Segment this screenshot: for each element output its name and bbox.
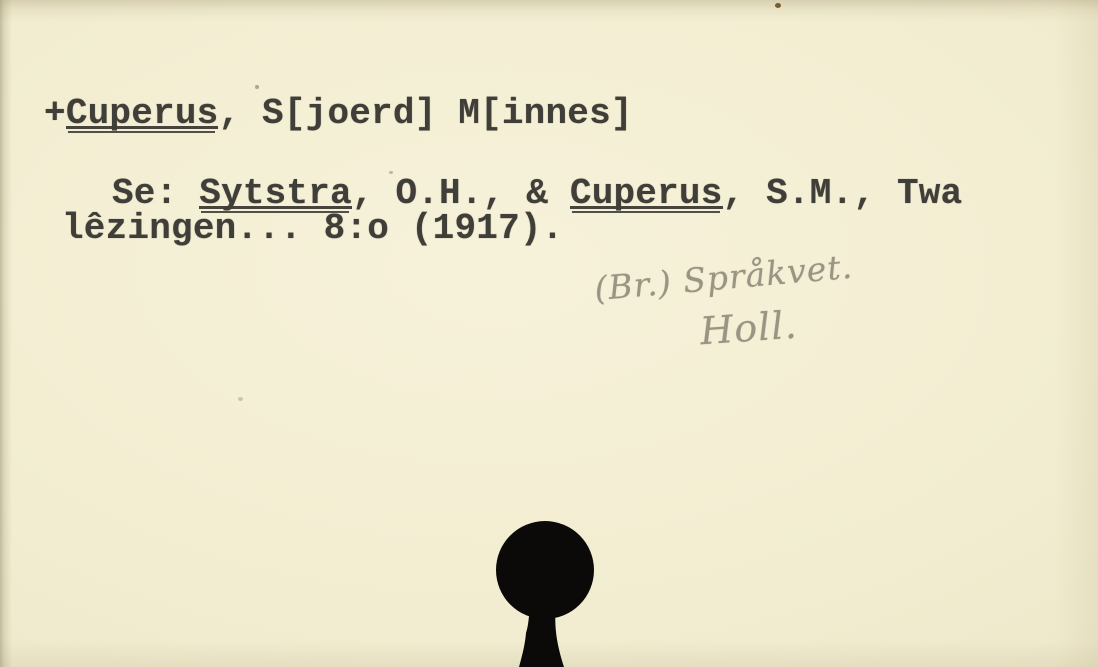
catalog-card: +Cuperus, S[joerd] M[innes] Se: Sytstra,…: [0, 0, 1098, 667]
author-heading-line: +Cuperus, S[joerd] M[innes]: [44, 96, 633, 132]
referenced-name-cuperus: Cuperus: [570, 173, 723, 220]
reference-initials-2: , S.M., Twa: [723, 173, 963, 214]
added-entry-plus-sign: +: [44, 93, 66, 134]
paper-speck: [389, 171, 393, 174]
author-surname: Cuperus: [66, 93, 219, 140]
reference-line-1: Se: Sytstra, O.H., & Cuperus, S.M., Twa: [112, 176, 962, 212]
paper-speck: [255, 85, 259, 89]
author-forenames: , S[joerd] M[innes]: [218, 93, 632, 134]
reference-line-2: lêzingen... 8:o (1917).: [62, 211, 563, 247]
paper-speck: [238, 397, 243, 401]
paper-speck: [775, 3, 781, 8]
handwritten-subject-note: (Br.) Språkvet.: [593, 247, 855, 308]
punch-hole: [492, 519, 596, 667]
handwritten-language-note: Holl.: [699, 303, 799, 354]
